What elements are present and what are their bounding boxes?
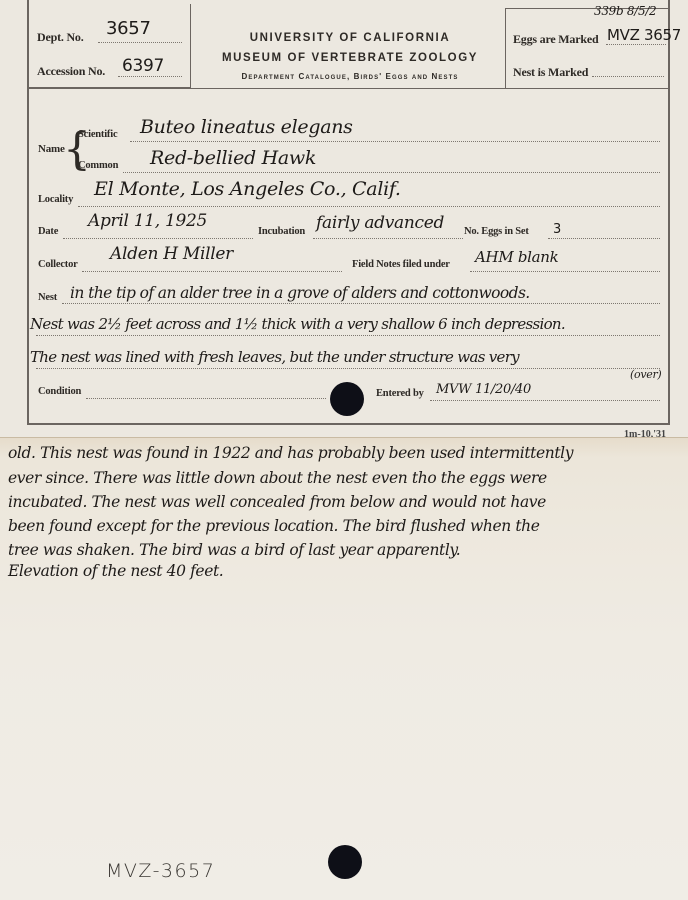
condition-label: Condition (38, 386, 81, 397)
eggs-annotation: 339b 8/5/2 (594, 4, 656, 18)
dotted-line (36, 335, 660, 336)
dotted-line (606, 44, 666, 45)
incubation-label: Incubation (258, 226, 305, 237)
nest-marked-label: Nest is Marked (513, 65, 588, 80)
scientific-name: Buteo lineatus elegans (140, 116, 353, 138)
catalog-stamp: MVZ-3657 (106, 860, 215, 882)
dotted-line (98, 42, 182, 43)
punch-hole-back (328, 845, 362, 879)
dotted-line (430, 400, 660, 401)
common-label: Common (78, 160, 118, 171)
dotted-line (63, 238, 253, 239)
punch-hole (330, 382, 364, 416)
back-line-5: tree was shaken. The bird was a bird of … (8, 541, 460, 559)
dotted-line (130, 141, 660, 142)
dept-no-label: Dept. No. (37, 30, 84, 45)
dotted-line (62, 303, 660, 304)
eggs-in-set-value: 3 (553, 222, 561, 237)
dotted-line (470, 271, 660, 272)
nest-line-2: Nest was 2½ feet across and 1½ thick wit… (30, 315, 565, 333)
back-line-4: been found except for the previous locat… (8, 517, 540, 535)
eggs-in-set-label: No. Eggs in Set (464, 226, 529, 237)
back-line-2: ever since. There was little down about … (8, 469, 547, 487)
nest-line-1: in the tip of an alder tree in a grove o… (70, 284, 530, 302)
dotted-line (592, 76, 664, 77)
header-museum: MUSEUM OF VERTEBRATE ZOOLOGY (195, 52, 505, 64)
field-notes-label: Field Notes filed under (352, 259, 450, 270)
accession-no-label: Accession No. (37, 64, 105, 79)
dotted-line (123, 172, 660, 173)
scientific-label: Scientific (78, 129, 117, 140)
common-name: Red-bellied Hawk (150, 147, 316, 169)
over-note: (over) (630, 368, 661, 381)
accession-no-value: 6397 (122, 56, 164, 76)
nest-line-3: The nest was lined with fresh leaves, bu… (30, 348, 519, 366)
eggs-marked-value: MVZ 3657 (607, 26, 681, 44)
collector-label: Collector (38, 259, 78, 270)
back-line-1: old. This nest was found in 1922 and has… (8, 444, 573, 462)
card-front: Dept. No. 3657 Accession No. 6397 UNIVER… (0, 0, 688, 437)
eggs-marked-label: Eggs are Marked (513, 32, 598, 47)
nest-label: Nest (38, 292, 57, 303)
dotted-line (118, 76, 182, 77)
dotted-line (78, 206, 660, 207)
locality-value: El Monte, Los Angeles Co., Calif. (94, 178, 401, 200)
date-value: April 11, 1925 (88, 211, 207, 231)
dotted-line (313, 238, 463, 239)
date-label: Date (38, 226, 58, 237)
entered-by-value: MVW 11/20/40 (436, 382, 531, 397)
back-line-3: incubated. The nest was well concealed f… (8, 493, 546, 511)
locality-label: Locality (38, 194, 73, 205)
header-department: Department Catalogue, Birds' Eggs and Ne… (195, 72, 505, 81)
header-university: UNIVERSITY OF CALIFORNIA (195, 32, 505, 44)
field-notes-value: AHM blank (475, 248, 558, 266)
incubation-value: fairly advanced (316, 213, 444, 233)
dotted-line (36, 368, 660, 369)
entered-by-label: Entered by (376, 388, 424, 399)
back-line-6: Elevation of the nest 40 feet. (8, 562, 223, 580)
dotted-line (548, 238, 660, 239)
dept-no-value: 3657 (106, 18, 151, 39)
dotted-line (82, 271, 342, 272)
dotted-line (86, 398, 326, 399)
collector-value: Alden H Miller (110, 244, 233, 264)
header-divider (27, 88, 670, 89)
name-label: Name (38, 143, 65, 155)
